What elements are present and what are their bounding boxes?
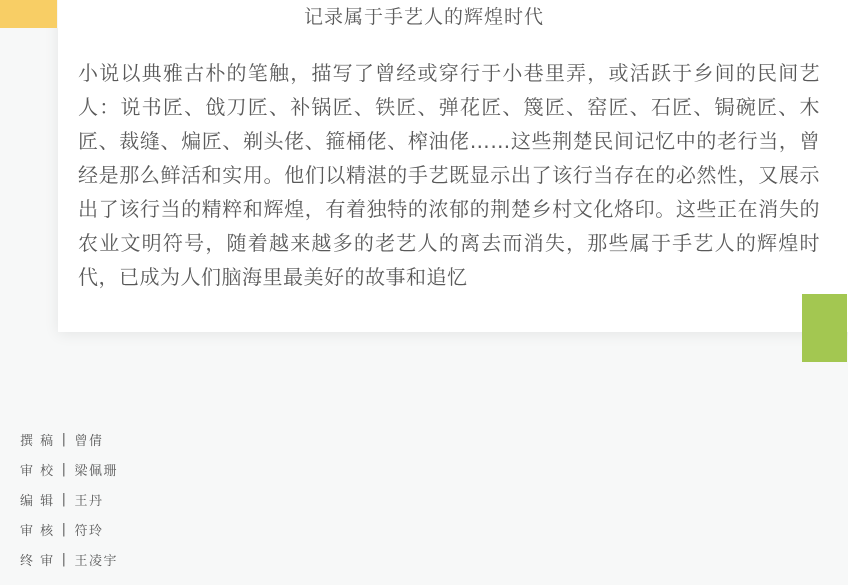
credit-separator: |: [62, 522, 68, 537]
credit-row-editor: 编 辑 | 王丹: [20, 484, 118, 514]
credit-row-writer: 撰 稿 | 曾倩: [20, 424, 118, 454]
credits-list: 撰 稿 | 曾倩 审 校 | 梁佩珊 编 辑 | 王丹 审 核 | 符玲 终 审…: [20, 424, 118, 574]
credit-name: 符玲: [75, 520, 104, 539]
credit-row-final-reviewer: 终 审 | 王凌宇: [20, 544, 118, 574]
credit-role: 撰 稿: [20, 430, 55, 449]
credit-name: 曾倩: [75, 430, 104, 449]
article-title: 记录属于手艺人的辉煌时代: [0, 2, 848, 29]
credit-row-proofreader: 审 校 | 梁佩珊: [20, 454, 118, 484]
credit-role: 终 审: [20, 550, 55, 569]
credit-name: 王丹: [75, 490, 104, 509]
credit-separator: |: [62, 552, 68, 567]
credit-row-reviewer: 审 核 | 符玲: [20, 514, 118, 544]
page-background-lower: [0, 332, 848, 585]
article-paragraph: 小说以典雅古朴的笔触，描写了曾经或穿行于小巷里弄，或活跃于乡间的民间艺人：说书匠…: [78, 56, 820, 294]
credit-role: 审 校: [20, 460, 55, 479]
credit-separator: |: [62, 462, 68, 477]
credit-name: 王凌宇: [75, 550, 119, 569]
credit-role: 编 辑: [20, 490, 55, 509]
green-accent-block: [802, 294, 847, 362]
credit-role: 审 核: [20, 520, 55, 539]
page-background-left-strip: [0, 28, 58, 332]
yellow-accent-block: [0, 0, 57, 28]
credit-name: 梁佩珊: [75, 460, 119, 479]
credit-separator: |: [62, 492, 68, 507]
credit-separator: |: [62, 432, 68, 447]
